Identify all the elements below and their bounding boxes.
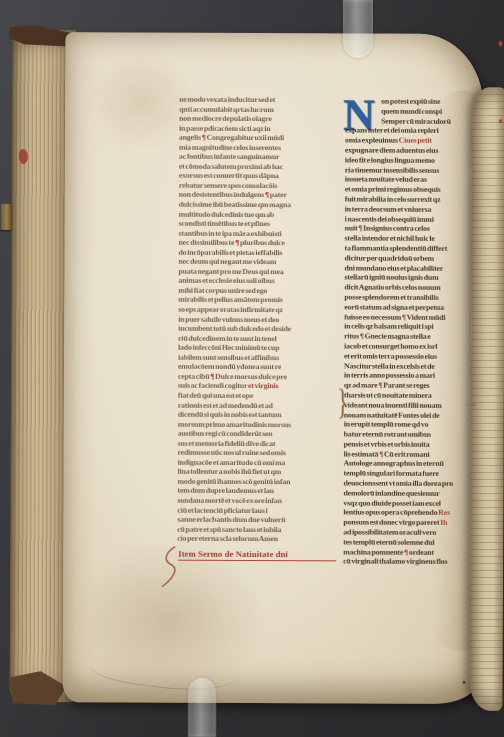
manuscript-line: deuocionssent vt omia illa dorea pro [343, 478, 473, 488]
manuscript-line: ponsum est donec virgo pareret Ih [343, 518, 473, 528]
manuscript-line: in celis qz balsam reliquit i spi [344, 322, 474, 332]
dark-speck [463, 681, 466, 684]
manuscript-line: quem mundi conspi [345, 106, 475, 116]
manuscript-line: incumbent totū sub dulcedo et deside [178, 324, 336, 334]
manuscript-line: ac fontibus infante sanguinamur [179, 152, 337, 162]
manuscript-line: ne modo vexata inducitur sed et [179, 95, 337, 105]
manuscript-line: fuisse eo necessum ¶ Vident mūdi [344, 312, 474, 322]
manuscript-line: redimusse nūc nos ul ruine sed omis [178, 448, 336, 458]
manuscript-line: tes templū eternū solemne dul [343, 537, 473, 547]
manuscript-line: on potest expiū sine [345, 96, 475, 106]
manuscript-line: nouam natiuitatē Fontes olei de [344, 410, 474, 420]
manuscript-line: Nascitur stella in excelsis et de [344, 361, 474, 371]
codex-book: ne modo vexata inducitur sed etqnti accu… [0, 0, 504, 737]
rubric-title: Item Sermo de Natiuitate dnī [178, 549, 336, 562]
manuscript-line: iacob et consurget homo ex isrl [344, 341, 474, 351]
manuscript-line: in terra deorsum et vniuersa [345, 204, 475, 214]
red-ink-speck [499, 119, 502, 123]
manuscript-line: ad ipossibilitatem oraculi vero [343, 527, 473, 537]
manuscript-line: i nascentis dei obsequiū immi [345, 214, 475, 224]
text-column-left: ne modo vexata inducitur sed etqnti accu… [177, 95, 337, 544]
manuscript-line: et omia primi regimus obsequis [345, 185, 475, 195]
manuscript-line: qz ad mare ¶ Parant se reges [344, 381, 474, 391]
manuscript-line: expans inter et dei omia repleri [345, 126, 475, 136]
manuscript-line: insueta nouitate velud eras [345, 175, 475, 185]
manuscript-line: ta flammantia splendentiū differt [345, 243, 475, 253]
manuscript-line: eorū statum ad signa et perpetua [344, 302, 474, 312]
manuscript-line: nuit ¶ Insignius contra celos [345, 224, 475, 234]
manuscript-line: pensis et vrbis et orbis inuita [344, 439, 474, 449]
manuscript-line: stella intendor et nichil huic le [345, 234, 475, 244]
text-column-right: on potest expiū sinequem mundi conspiSem… [343, 96, 475, 567]
manuscript-line: so eps appear eratas infirmitate qz [178, 305, 336, 315]
manuscript-line: angelis ¶ Congregabitur uxii mūdi [179, 133, 337, 143]
manuscript-line: dulcissime ihū beatissime qm magna [179, 200, 337, 210]
margin-bracket-mark: } [337, 384, 349, 425]
manuscript-line: cio per eterna scla selorum Amen [177, 534, 335, 544]
red-ink-speck [498, 41, 502, 46]
manuscript-line: dni mundano eius et placabiliter [344, 263, 474, 273]
manuscript-line: lis estimatā ¶ Cū erit romani [344, 449, 474, 459]
manuscript-line: dicendū si quis in nobis est tantum [178, 410, 336, 420]
manuscript-line: fuit mirabilia in celo surrexit qz [345, 194, 475, 204]
manuscript-line: cū virginali thalamo virgineus flos [343, 557, 473, 567]
manuscript-line: sanne erlacbantis dnm dne vulnerū [177, 515, 335, 525]
manuscript-line: in terris anno possessio a mari [344, 371, 474, 381]
manuscript-line: lado infeccōni Hec minimū te cup [178, 343, 336, 353]
manuscript-line: vsqz quo diuide posset iam excel [343, 498, 473, 508]
margin-note: vide [466, 402, 476, 408]
manuscript-line: templū singulari formata fuere [344, 469, 474, 479]
rubric-flourish [159, 545, 181, 589]
red-edge-mark [19, 149, 28, 164]
manuscript-line: in erupit templū rome qd vo [344, 420, 474, 430]
manuscript-line: sondana mortē et vocē ex ore infan [177, 496, 335, 506]
manuscript-line: lina tollentur a nobis ihū fiet ut qm [178, 467, 336, 477]
manuscript-line: posse splendorem et transibilis [344, 292, 474, 302]
manuscript-line: scondisti timētibus te et pfines [179, 219, 337, 229]
manuscript-line: et erit omis terra possessio eius [344, 351, 474, 361]
manuscript-line: nec dissimilibus te ¶ pluribus dulce [179, 238, 337, 248]
manuscript-line: Autologe annographus in eternū [344, 459, 474, 469]
transparent-holding-strap-top [343, 0, 373, 58]
manuscript-line: omia expleuimus Ciues petit [345, 136, 475, 146]
manuscript-line: ria timemur insensibilis sensus [345, 165, 475, 175]
manuscript-line: videant noua inuenti filii nouam [344, 400, 474, 410]
manuscript-line: ideo fit e longius lingua memo [345, 155, 475, 165]
manuscript-line: austibus regi cū condiderūt sen [178, 429, 336, 439]
manuscript-line: non mediocre depulatis oīagre [179, 114, 337, 124]
manuscript-line: fiat deū qui una est et ope [178, 391, 336, 401]
manuscript-line: machina pomnente ¶ ordeant [343, 547, 473, 557]
brass-clasp [1, 204, 12, 230]
manuscript-line: stellarū igniū nouius ignis dum [344, 273, 474, 283]
manuscript-line: expugnare diem aduentus eius [345, 145, 475, 155]
transparent-holding-strap-bottom [188, 678, 216, 737]
manuscript-line: exorsus est conuertit quos dāpna [179, 171, 337, 181]
manuscript-line: nec deum qui negant me videam [178, 257, 336, 267]
manuscript-photograph: ne modo vexata inducitur sed etqnti accu… [0, 0, 504, 737]
manuscript-line: animas et ecclesie eius soli oībus [178, 276, 336, 286]
manuscript-line: Semper cū miraculorū [345, 116, 475, 126]
manuscript-line: dicitur per quadriduū orbem [344, 253, 474, 263]
manuscript-line: dicit Agnatio orbis celos nouum [344, 283, 474, 293]
manuscript-line: tharsis ut cū nouitate minera [344, 390, 474, 400]
manuscript-line: lentius opus opera cōprehendo Res [343, 508, 473, 518]
manuscript-line: demolorū inlandine quesiemur [343, 488, 473, 498]
manuscript-line: batur eternū rotrant omibus [344, 429, 474, 439]
manuscript-line: ritus ¶ Gnecie magna stella e [344, 332, 474, 342]
